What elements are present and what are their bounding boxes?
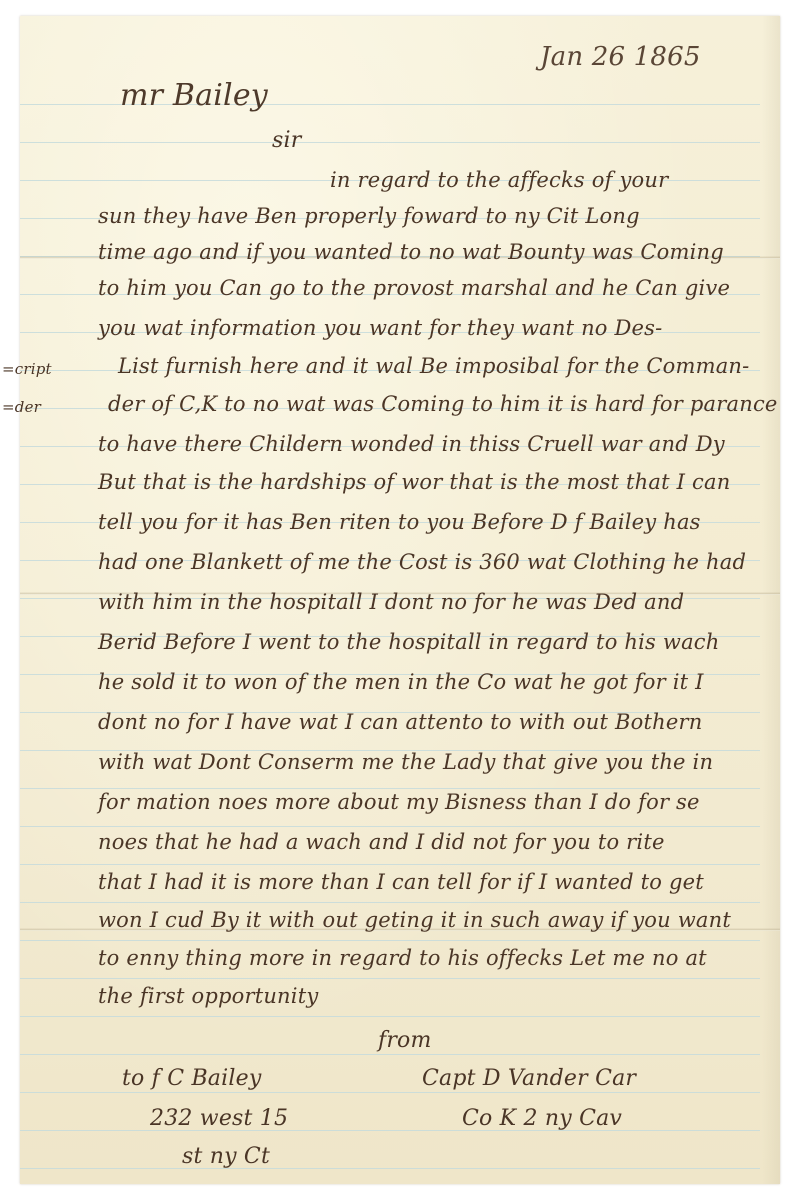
body-line: noes that he had a wach and I did not fo… (98, 830, 665, 854)
ruled-line (20, 864, 760, 865)
body-line: to enny thing more in regard to his offe… (98, 946, 707, 970)
ruled-line (20, 142, 760, 143)
body-line: tell you for it has Ben riten to you Bef… (98, 510, 701, 534)
body-line: the first opportunity (98, 984, 318, 1008)
letter-closing: from (378, 1028, 432, 1053)
ruled-line (20, 902, 760, 903)
ruled-line (20, 1168, 760, 1169)
recipient-name: to f C Bailey (122, 1066, 261, 1091)
ruled-line (20, 788, 760, 789)
body-line: won I cud By it with out geting it in su… (98, 908, 731, 932)
body-line: to him you Can go to the provost marshal… (98, 276, 730, 300)
margin-note: =cript (2, 360, 52, 378)
ruled-line (20, 940, 760, 941)
ruled-line (20, 1092, 760, 1093)
letter-date: Jan 26 1865 (540, 42, 701, 72)
body-line: with wat Dont Conserm me the Lady that g… (98, 750, 713, 774)
ruled-line (20, 826, 760, 827)
body-line: for mation noes more about my Bisness th… (98, 790, 700, 814)
body-line: he sold it to won of the men in the Co w… (98, 670, 704, 694)
ruled-line (20, 1130, 760, 1131)
body-line: in regard to the affecks of your (330, 168, 668, 192)
margin-note: =der (2, 398, 41, 416)
letter-salutation: mr Bailey (120, 78, 268, 113)
body-line: to have there Childern wonded in thiss C… (98, 432, 725, 456)
body-line: you wat information you want for they wa… (98, 316, 662, 340)
body-line: time ago and if you wanted to no wat Bou… (98, 240, 724, 264)
sender-name: Capt D Vander Car (422, 1066, 636, 1091)
recipient-city: st ny Ct (182, 1144, 270, 1169)
recipient-address: 232 west 15 (150, 1106, 288, 1131)
body-line: sun they have Ben properly foward to ny … (98, 204, 640, 228)
body-line: had one Blankett of me the Cost is 360 w… (98, 550, 746, 574)
body-line: List furnish here and it wal Be imposiba… (118, 354, 749, 378)
body-line: with him in the hospitall I dont no for … (98, 590, 684, 614)
ruled-line (20, 1054, 760, 1055)
body-line: But that is the hardships of wor that is… (98, 470, 730, 494)
paper-edge-shadow (762, 16, 780, 1184)
body-line: der of C,K to no wat was Coming to him i… (108, 392, 778, 416)
ruled-line (20, 978, 760, 979)
sender-unit: Co K 2 ny Cav (462, 1106, 622, 1131)
letter-greeting: sir (272, 128, 301, 153)
body-line: Berid Before I went to the hospitall in … (98, 630, 720, 654)
ruled-line (20, 1016, 760, 1017)
body-line: dont no for I have wat I can attento to … (98, 710, 702, 734)
body-line: that I had it is more than I can tell fo… (98, 870, 704, 894)
